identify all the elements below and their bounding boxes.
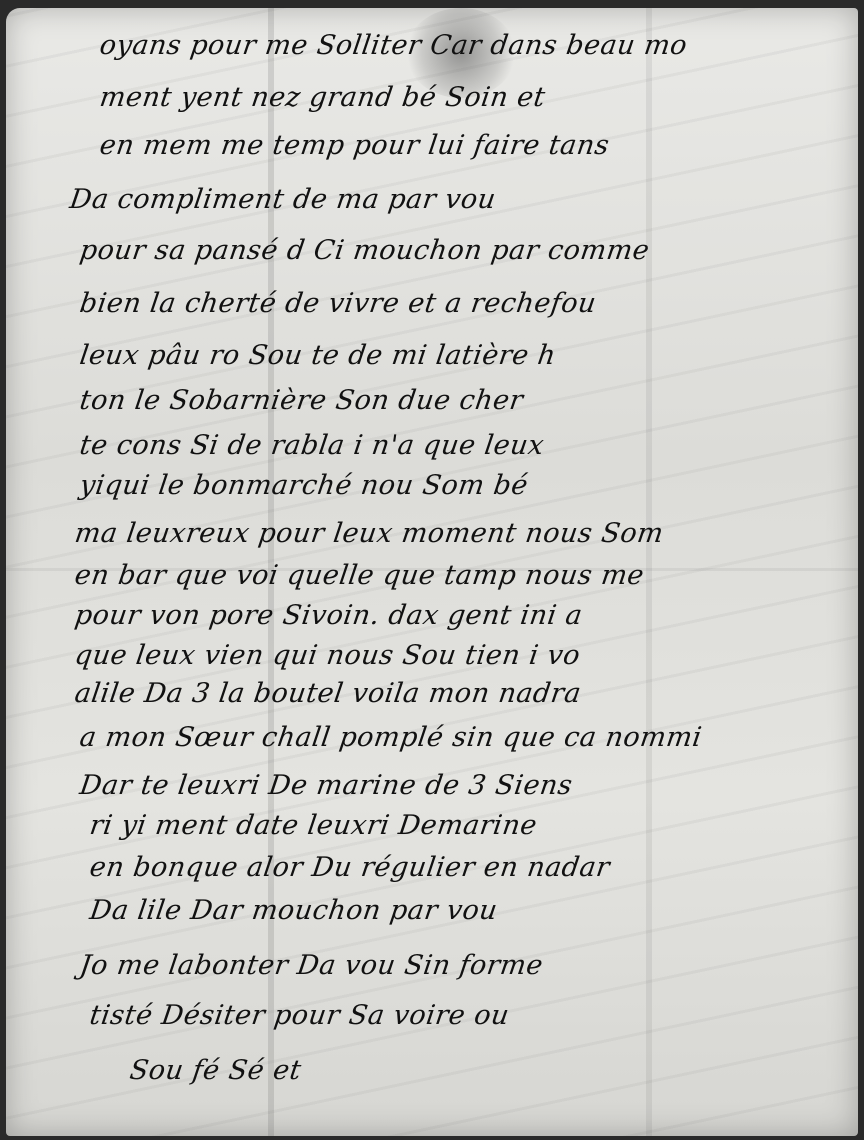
- text-line: Dar te leuxri De marine de 3 Siens: [78, 770, 575, 801]
- text-line: en bonque alor Du régulier en nadar: [88, 852, 612, 883]
- text-line: oyans pour me Solliter Car dans beau mo: [98, 30, 689, 61]
- text-line: en bar que voi quelle que tamp nous me: [73, 560, 646, 591]
- text-line: tisté Désiter pour Sa voire ou: [88, 1000, 511, 1031]
- text-line: ri yi ment date leuxri Demarine: [88, 810, 539, 841]
- fold-line: [646, 8, 652, 1136]
- text-line: Jo me labonter Da vou Sin forme: [78, 950, 545, 981]
- text-line: Da lile Dar mouchon par vou: [88, 895, 500, 926]
- text-line: ma leuxreux pour leux moment nous Som: [73, 518, 666, 549]
- text-line: bien la cherté de vivre et a rechefou: [78, 288, 598, 319]
- text-line: ton le Sobarnière Son due cher: [78, 385, 525, 416]
- text-line: ment yent nez grand bé Soin et: [98, 82, 548, 113]
- text-line: te cons Si de rabla i n'a que leux: [78, 430, 546, 461]
- text-line: pour sa pansé d Ci mouchon par comme: [78, 235, 652, 266]
- text-line: Da compliment de ma par vou: [68, 184, 498, 215]
- text-line: leux pâu ro Sou te de mi latière h: [78, 340, 558, 371]
- text-line: alile Da 3 la boutel voila mon nadra: [73, 678, 583, 709]
- manuscript-page: oyans pour me Solliter Car dans beau mom…: [6, 8, 858, 1136]
- text-line: yiqui le bonmarché nou Som bé: [78, 470, 530, 501]
- text-line: en mem me temp pour lui faire tans: [98, 130, 612, 161]
- text-line: Sou fé Sé et: [128, 1055, 304, 1086]
- text-line: que leux vien qui nous Sou tien i vo: [73, 640, 582, 671]
- text-line: a mon Sœur chall pomplé sin que ca nommi: [78, 722, 704, 753]
- text-line: pour von pore Sivoin. dax gent ini a: [73, 600, 585, 631]
